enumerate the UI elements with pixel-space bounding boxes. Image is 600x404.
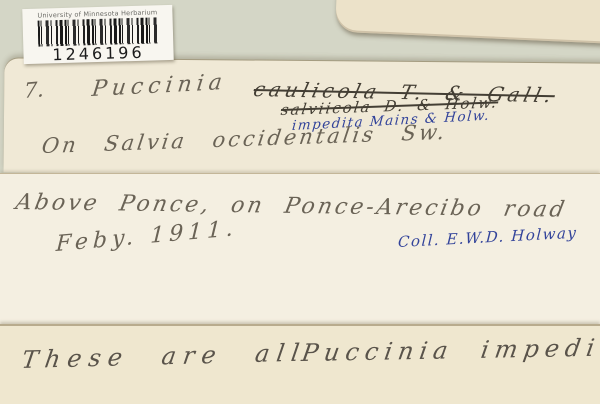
accession-number: 1246196 [52, 44, 145, 64]
overlapping-paper-corner [335, 0, 600, 44]
barcode-label: University of Minnesota Herbarium 124619… [22, 5, 173, 64]
item-number: 7. [24, 77, 44, 103]
note-line-part-2: Puccinia impedita [300, 333, 600, 367]
herbarium-specimen-scan: 7. Puccinia caulicola T. & Gall. salviic… [0, 0, 600, 404]
